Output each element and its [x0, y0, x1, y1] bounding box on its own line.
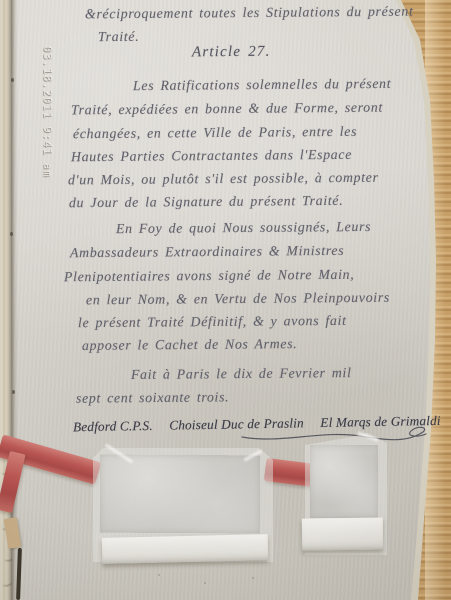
manuscript-line: &réciproquement toutes les Stipulations …	[85, 4, 414, 23]
manuscript-photo: &réciproquement toutes les Stipulations …	[0, 0, 451, 600]
manuscript-line: le présent Traité Définitif, & y avons f…	[78, 313, 347, 331]
manuscript-line: Hautes Parties Contractantes dans l'Espa…	[71, 147, 352, 165]
paper-strip	[302, 517, 383, 550]
seal-cover-small	[305, 433, 387, 555]
dateline: Fait à Paris le dix de Fevrier mil	[131, 365, 352, 383]
manuscript-line: échangées, en cette Ville de Paris, entr…	[73, 124, 357, 142]
manuscript-line: Traité, expédiées en bonne & due Forme, …	[71, 100, 383, 119]
tissue-sheet	[100, 455, 260, 534]
manuscript-line: En Foy de quoi Nous soussignés, Leurs	[116, 219, 371, 237]
manuscript-line: Les Ratifications solemnelles du présent	[133, 76, 391, 94]
manuscript-line: d'un Mois, ou plutôt s'il est possible, …	[68, 170, 379, 189]
article-heading: Article 27.	[192, 44, 271, 62]
manuscript-line: apposer le Cachet de Nos Armes.	[82, 336, 298, 354]
manuscript-line: Ambassadeurs Extraordinaires & Ministres	[70, 243, 344, 261]
camera-timestamp: 03.18.2011 9:41 am	[41, 46, 53, 178]
paper-strip	[102, 534, 269, 564]
tissue-sheet	[310, 445, 378, 518]
manuscript-line: du Jour de la Signature du présent Trait…	[69, 193, 343, 211]
dateline: sept cent soixante trois.	[76, 389, 229, 406]
signature-bedford: Bedford C.P.S.	[73, 418, 153, 434]
manuscript-line: Plenipotentiaires avons signé de Notre M…	[64, 267, 355, 286]
manuscript-line: en leur Nom, & en Vertu de Nos Pleinpouv…	[86, 290, 390, 309]
seal-cover-large	[93, 448, 273, 562]
manuscript-line: Traité.	[98, 29, 139, 45]
